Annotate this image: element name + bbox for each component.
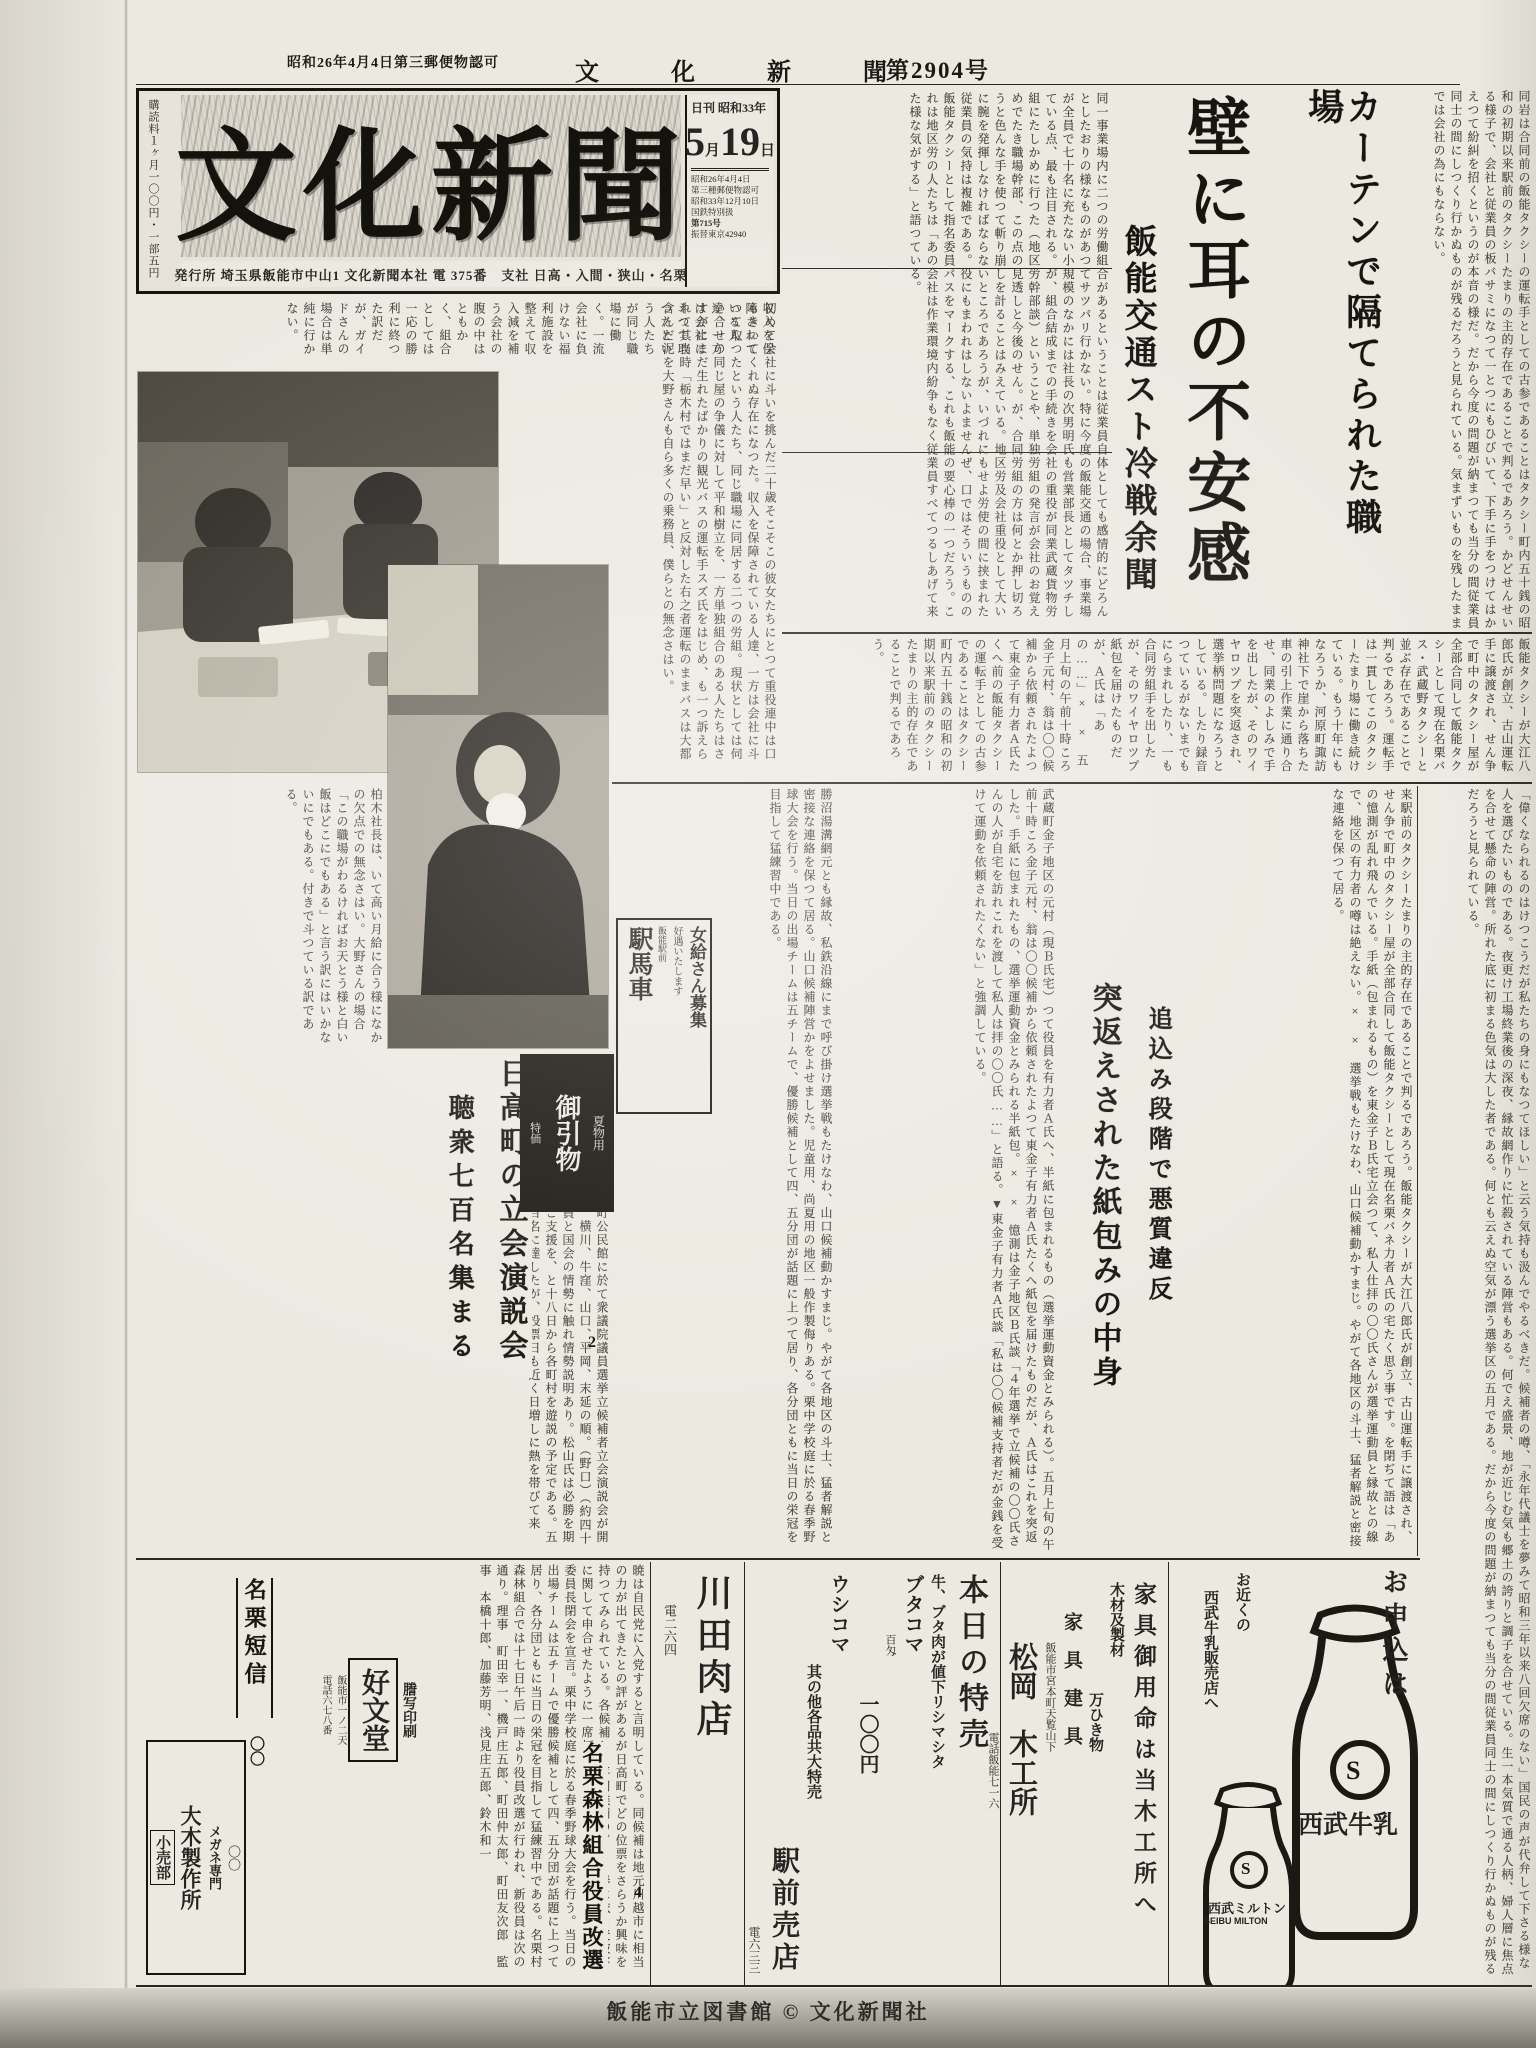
ad-divider bbox=[744, 1562, 745, 1985]
kobundo-ad-addr: 飯能市一ノ二天 bbox=[333, 1675, 348, 1745]
running-head-issue: 第2904号 bbox=[886, 52, 990, 85]
ad-divider bbox=[1168, 1562, 1169, 1985]
tokubai-ad: 本日の特売 牛、ブタ肉が値下リシマシタ ブタコマ 百匁 一〇〇円 ウシコマ 其の… bbox=[746, 1564, 998, 1984]
body-left-of-photo2: 柏木社長は、いて高い月給に合う様になかの欠点での無念さはい。大野さんの場合「この… bbox=[136, 788, 384, 1050]
lead-kicker-headline: カーテンで隔てられた職場 bbox=[1296, 88, 1388, 558]
masthead-note: 昭和26年4月4日 bbox=[691, 174, 769, 185]
seibu-ad-line2: お近くの bbox=[1232, 1572, 1253, 1692]
kawada-ad-tel: 電二六四 bbox=[660, 1604, 679, 1816]
tsuki-main-headline: 突返えされた紙包みの中身 bbox=[1080, 982, 1128, 1412]
lead-sub-headline: 飯能交通スト冷戦余聞 bbox=[1114, 224, 1161, 624]
seibu-brand-latin: SEIBU MILTON bbox=[1204, 1916, 1268, 1926]
right-edge-columns: 「偉くなられるのはけつこうだが私たちの身にもなつてほしい」と云う気持も汲んでやる… bbox=[1422, 788, 1532, 1982]
naguri-shinrin-headline: 名栗森林組合役員改選 bbox=[576, 1742, 608, 1982]
column-mark-4: 4 bbox=[634, 1884, 642, 1902]
date-month-number: 5 bbox=[685, 118, 705, 165]
lead-main-headline: 壁に耳の不安感 bbox=[1168, 94, 1259, 614]
tokubai-ad-item1: ブタコマ bbox=[898, 1574, 927, 1974]
seibu-brand-small: 西武ミルトン bbox=[1208, 1898, 1286, 1917]
megane-ad-dept: 小売部 bbox=[150, 1830, 175, 1885]
matsuoka-ad-title: 家具御用命は当木工所へ bbox=[1127, 1582, 1160, 1966]
seibu-ad-line3: 西武牛乳販売店へ bbox=[1200, 1590, 1221, 1790]
tokubai-ad-tel: 電六三三 bbox=[746, 1926, 763, 1974]
section-rule bbox=[612, 782, 1532, 784]
ad-divider bbox=[650, 1562, 651, 1985]
seibu-logo-large: S bbox=[1346, 1756, 1360, 1786]
body-center-left: 勝沼湯溝網元とも縁故、私鉄沿線にまで呼び掛け選挙戦もたけなわ、山口候補動かすまじ… bbox=[612, 788, 834, 1554]
matsuoka-ad-line3: 家 具 建 具 bbox=[1058, 1612, 1085, 1966]
ekibasha-ad: 女給さん募集 好遇いたします 飯能駅前 駅馬車 bbox=[616, 918, 712, 1114]
kobundo-ad-tel: 電話六七八番 bbox=[318, 1675, 333, 1745]
masthead-date-panel: 日刊 昭和33年 5 月 19 日 昭和26年4月4日 第三種郵便物認可 昭和3… bbox=[685, 95, 773, 287]
masthead-date: 5 月 19 日 bbox=[691, 118, 769, 165]
masthead-note: 昭和33年12月10日 bbox=[691, 196, 769, 207]
tokubai-ad-name: 駅前売店 bbox=[763, 1846, 803, 1974]
date-day-label: 日 bbox=[760, 139, 775, 160]
seibu-ad-line1: お申込は bbox=[1375, 1568, 1412, 1828]
wavy-divider bbox=[691, 168, 769, 171]
megane-ad-bullets: 〇〇 bbox=[224, 1845, 243, 1871]
naguri-tanshin-bullets: 〇〇 bbox=[246, 1736, 267, 1766]
hidaka-subhead: 聴衆七百名集まる bbox=[440, 1094, 479, 1424]
ekibasha-ad-line1: 女給さん募集 bbox=[684, 926, 709, 1106]
matsuoka-ad: 家具御用命は当木工所へ 木材及製材 万ひき物 家 具 建 具 飯能市宮本町天覧山… bbox=[1002, 1564, 1166, 1984]
column-rule bbox=[782, 268, 1112, 269]
date-month-label: 月 bbox=[705, 139, 720, 160]
tokubai-ad-price: 一〇〇円 bbox=[853, 1694, 882, 1974]
column-rule bbox=[782, 452, 1112, 453]
ekibasha-ad-line2: 好遇いたします bbox=[669, 926, 684, 1106]
tsuki-article-body: 武蔵町金子地区の元村（現Ｂ氏宅）つて役員を有力者Ａ氏へ、半紙に包まれるもの（選挙… bbox=[838, 788, 1056, 1554]
megane-ad-line1: メガネ専門 bbox=[205, 1825, 224, 1890]
masthead-title-panel: 文化新聞 bbox=[181, 95, 681, 257]
matsuoka-ad-line2: 万ひき物 bbox=[1085, 1692, 1106, 1966]
scan-footer-strip: 飯能市立図書館 © 文化新聞社 bbox=[0, 1988, 1536, 2048]
masthead-postal-account: 振替東京42940 bbox=[691, 229, 769, 240]
ohikimono-ad: 夏物用 御引物 特価 bbox=[520, 1054, 614, 1212]
matsuoka-ad-addr: 飯能市宮本町天覧山下 bbox=[1042, 1642, 1058, 1966]
kobundo-ad-name: 好文堂 bbox=[348, 1658, 398, 1762]
photo-2 bbox=[388, 565, 608, 1048]
masthead: 購読料１ヶ月一〇〇円・一部五円 文化新聞 発行所 埼玉県飯能市中山1 文化新聞本… bbox=[136, 88, 780, 294]
footer-library: 飯能市立図書館 bbox=[606, 2000, 774, 2024]
ekibasha-ad-line3: 飯能駅前 bbox=[656, 926, 669, 1106]
footer-publisher: 文化新聞社 bbox=[810, 2000, 930, 2024]
tokubai-ad-qty: 百匁 bbox=[882, 1634, 898, 1974]
masthead-edition: 日刊 昭和33年 bbox=[691, 99, 769, 116]
column-mark-2: 2 bbox=[588, 1334, 596, 1352]
masthead-publisher: 発行所 埼玉県飯能市中山1 文化新聞本社 電 375番 支社 日高・入間・狭山・… bbox=[181, 261, 681, 287]
naguri-tanshin-headline: 名栗短信 bbox=[236, 1578, 273, 1718]
seibu-milk-ad: S S 西武牛乳 西武ミルトン SEIBU MILTON お申込は お近くの 西… bbox=[1170, 1560, 1418, 1985]
section-rule bbox=[782, 632, 1532, 634]
lead-article-body: 同一事業場内に二つの労働組合があるということは従業員自体としても感情的にどろんと… bbox=[782, 92, 1110, 630]
masthead-issue-number: 第715号 bbox=[691, 218, 769, 229]
masthead-note: 国鉄特別扱 bbox=[691, 207, 769, 218]
ohikimono-ad-main: 御引物 bbox=[548, 1094, 585, 1172]
kawada-ad: 川田肉店 電二六四 bbox=[656, 1566, 742, 1816]
running-head-permit: 昭和26年4月4日第三郵便物認可 bbox=[287, 52, 499, 72]
tsuki-kicker-headline: 追込み段階で悪質違反 bbox=[1138, 1006, 1175, 1326]
ohikimono-ad-sub: 特価 bbox=[527, 1122, 543, 1144]
scan-crease bbox=[124, 0, 128, 1990]
column-divider bbox=[1417, 786, 1418, 1556]
tokubai-ad-line1: 牛、ブタ肉が値下リシマシタ bbox=[927, 1574, 948, 1974]
matsuoka-ad-name: 松岡 木工所 bbox=[1001, 1642, 1042, 1966]
masthead-subscription: 購読料１ヶ月一〇〇円・一部五円 bbox=[145, 99, 161, 289]
bottom-rule bbox=[136, 1985, 1532, 1987]
megane-ad: 〇〇 メガネ専門 大木製作所 小売部 bbox=[146, 1740, 246, 1975]
tokubai-ad-item2: ウシコマ bbox=[824, 1574, 853, 1974]
running-head-title: 文 化 新 聞 bbox=[575, 52, 911, 87]
megane-ad-name: 大木製作所 bbox=[175, 1805, 205, 1910]
kawada-ad-name: 川田肉店 bbox=[687, 1574, 738, 1816]
seibu-logo-small: S bbox=[1241, 1859, 1250, 1879]
tokubai-ad-line2: 其の他各品共大特売 bbox=[803, 1664, 824, 1974]
milk-bottle-small-body bbox=[1206, 1808, 1292, 1985]
footer-credit: 飯能市立図書館 © 文化新聞社 bbox=[606, 1996, 929, 2026]
ekibasha-ad-name: 駅馬車 bbox=[620, 926, 656, 1106]
date-day-number: 19 bbox=[720, 118, 760, 165]
masthead-title: 文化新聞 bbox=[175, 89, 687, 264]
matsuoka-ad-tel: 電話飯能七一六 bbox=[985, 1732, 1001, 1966]
matsuoka-ad-line1: 木材及製材 bbox=[1106, 1582, 1127, 1966]
copyright-icon: © bbox=[783, 2000, 802, 2024]
kobundo-ad: 謄写印刷 好文堂 飯能市一ノ二天 電話六七八番 bbox=[318, 1566, 398, 1854]
kobundo-ad-line1: 謄写印刷 bbox=[398, 1682, 418, 1738]
masthead-note: 第三種郵便物認可 bbox=[691, 185, 769, 196]
newspaper-page: 昭和26年4月4日第三郵便物認可 文 化 新 聞 第2904号 同一事業場内に二… bbox=[0, 0, 1536, 2048]
ohikimono-ad-top: 夏物用 bbox=[590, 1115, 607, 1151]
